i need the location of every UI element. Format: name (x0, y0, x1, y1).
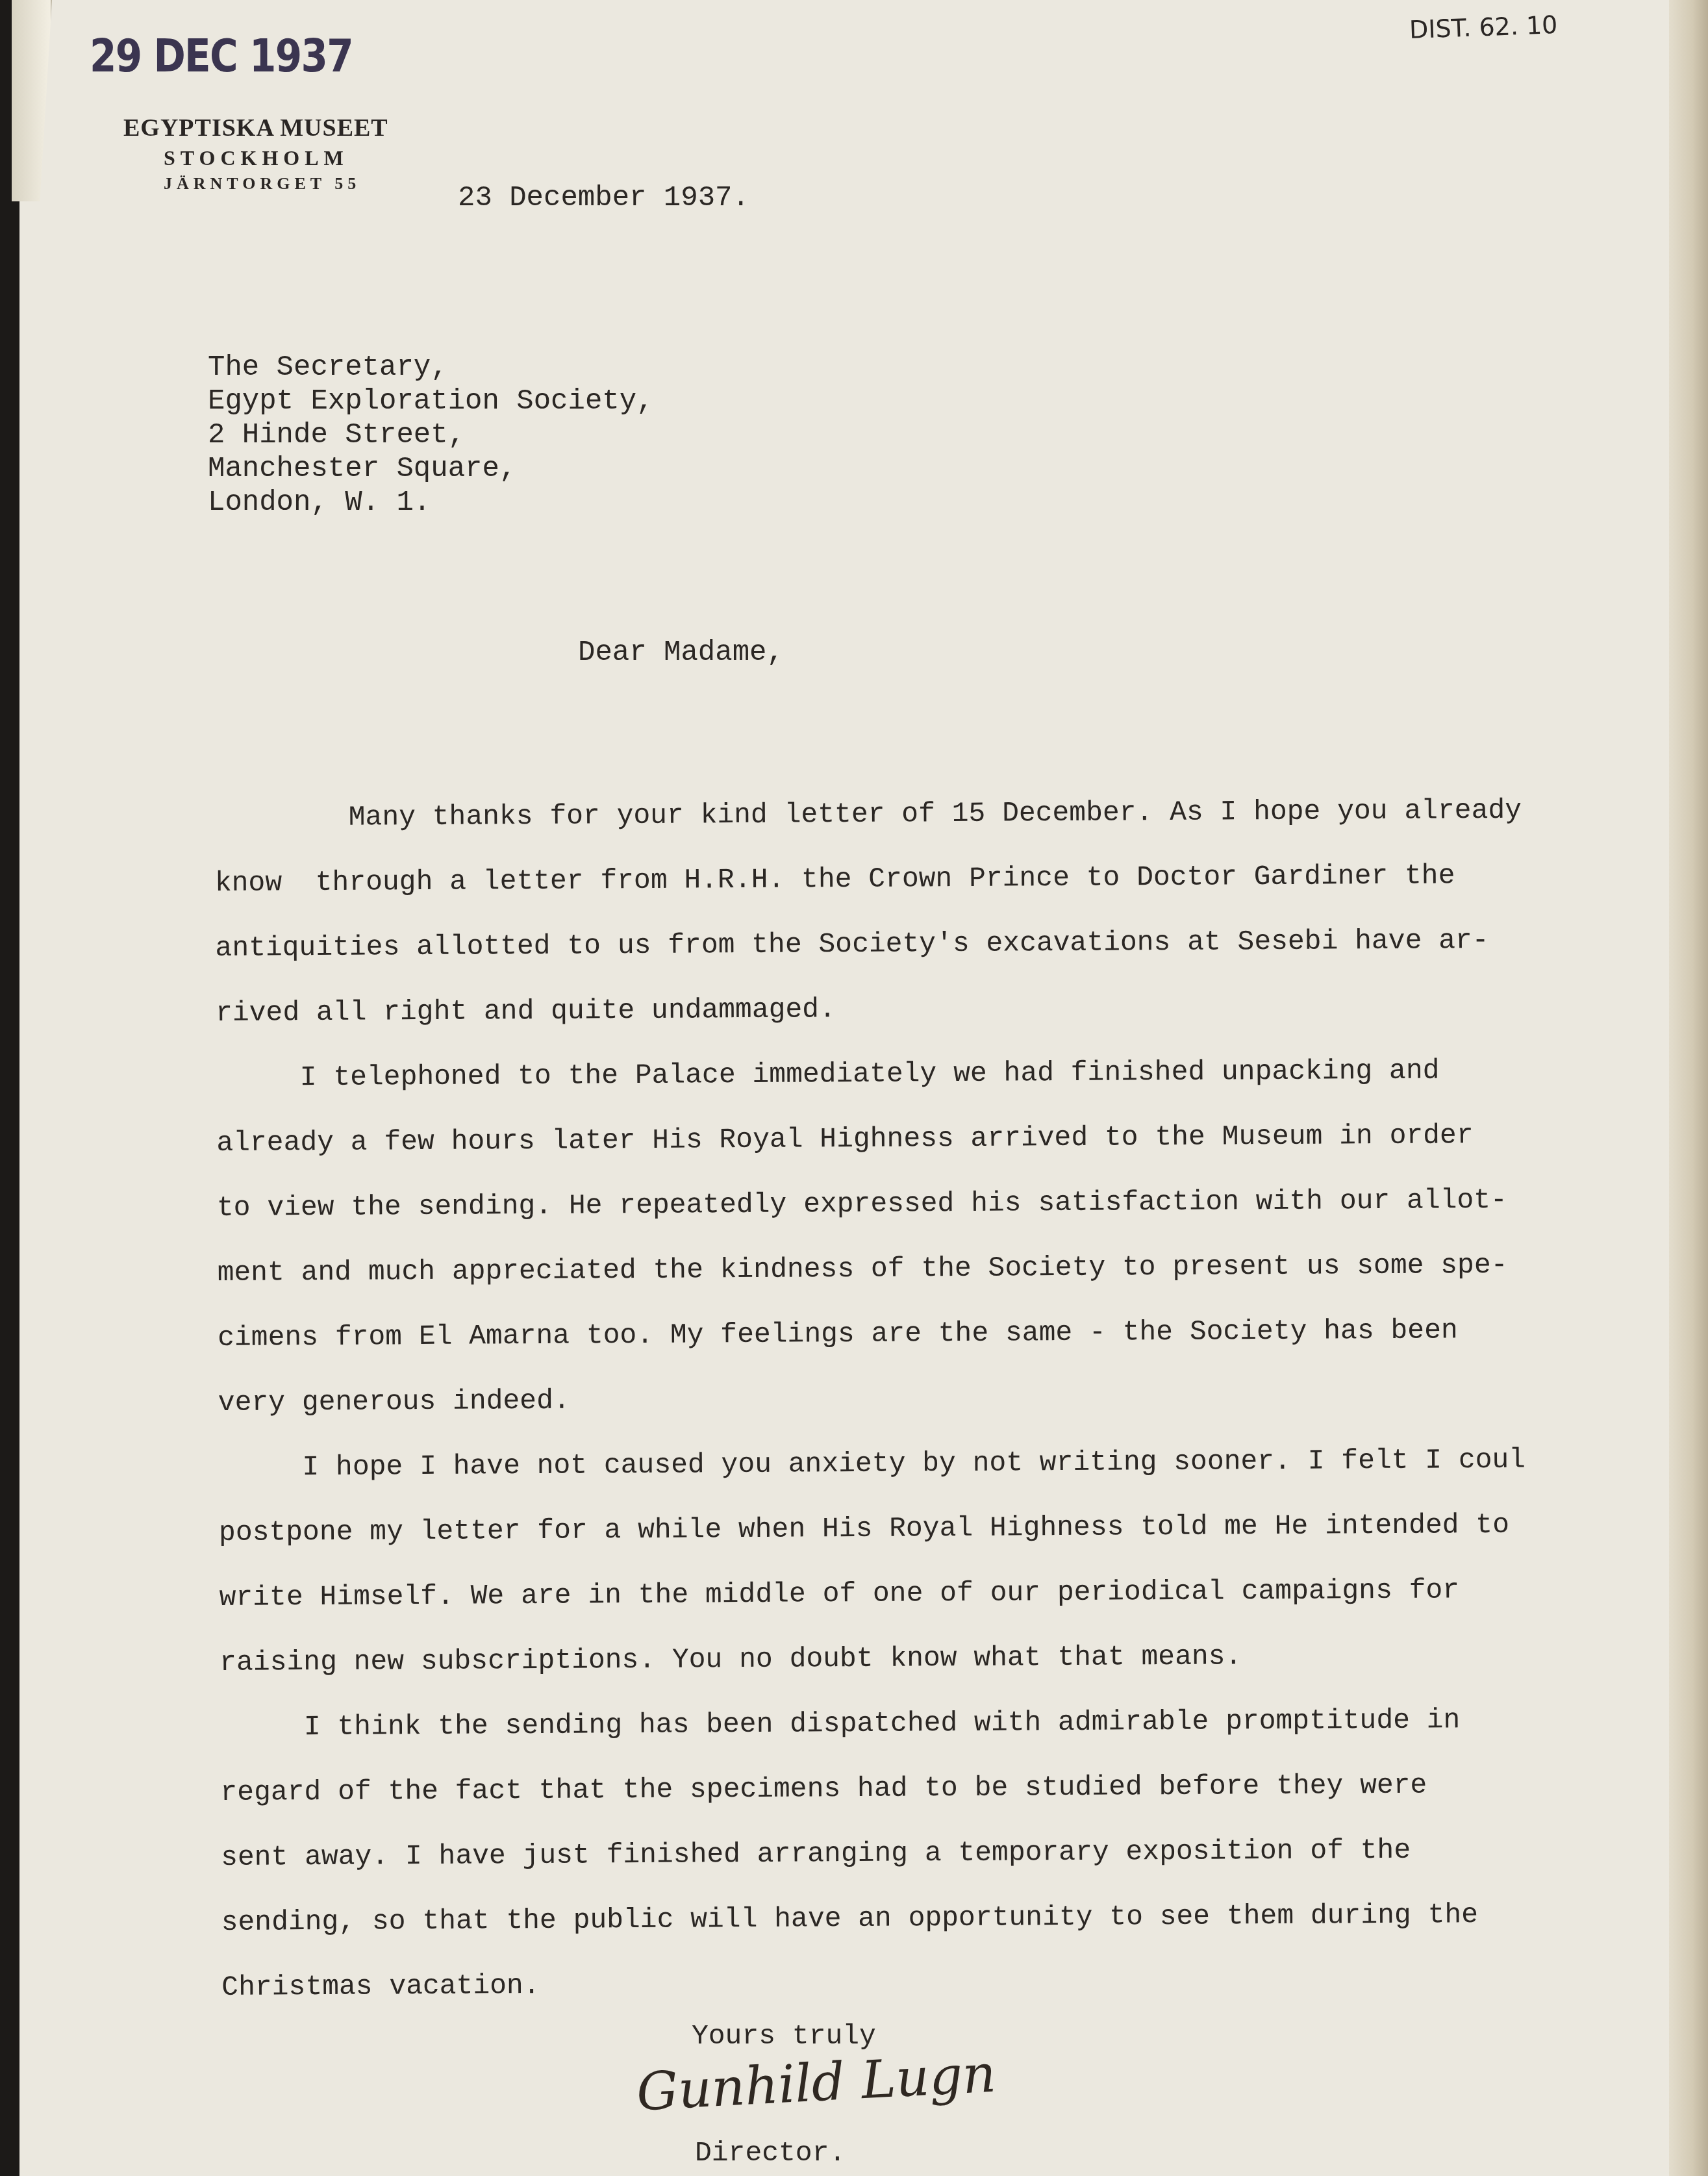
letter-date: 23 December 1937. (458, 182, 749, 214)
body-line: I telephoned to the Palace immediately w… (216, 1037, 1684, 1111)
body-line: to view the sending. He repeatedly expre… (217, 1167, 1685, 1241)
letter-body: Many thanks for your kind letter of 15 D… (214, 777, 1690, 2020)
letterhead-city: STOCKHOLM (164, 146, 388, 170)
recipient-address: The Secretary, Egypt Exploration Society… (208, 351, 654, 520)
scan-border-left (0, 0, 19, 2176)
letterhead-street: JÄRNTORGET 55 (164, 174, 388, 194)
body-line: know through a letter from H.R.H. the Cr… (215, 842, 1683, 916)
body-line: postpone my letter for a while when His … (219, 1491, 1687, 1565)
handwritten-signature: Gunhild Lugn (635, 2043, 998, 2123)
address-line: Manchester Square, (208, 452, 654, 486)
letterhead: EGYPTISKA MUSEET STOCKHOLM JÄRNTORGET 55 (123, 114, 388, 194)
body-line: Many thanks for your kind letter of 15 D… (214, 777, 1683, 851)
letterhead-name: EGYPTISKA MUSEET (123, 114, 388, 142)
body-line: sent away. I have just finished arrangin… (221, 1816, 1689, 1890)
body-line: rived all right and quite undammaged. (216, 972, 1684, 1046)
address-line: Egypt Exploration Society, (208, 385, 654, 418)
body-line: regard of the fact that the specimens ha… (220, 1751, 1689, 1825)
address-line: 2 Hinde Street, (208, 418, 654, 452)
scan-border-right (1669, 0, 1708, 2176)
salutation: Dear Madame, (578, 637, 784, 669)
archive-reference-note: DIST. 62. 10 (1409, 10, 1558, 44)
address-line: London, W. 1. (208, 486, 654, 520)
body-line: antiquities allotted to us from the Soci… (215, 907, 1683, 981)
body-line: already a few hours later His Royal High… (216, 1102, 1685, 1176)
body-line: Christmas vacation. (221, 1946, 1690, 2020)
body-line: very generous indeed. (218, 1361, 1686, 1436)
address-line: The Secretary, (208, 351, 654, 385)
body-line: I think the sending has been dispatched … (220, 1686, 1689, 1760)
body-line: raising new subscriptions. You no doubt … (220, 1621, 1688, 1695)
body-line: write Himself. We are in the middle of o… (219, 1556, 1687, 1630)
signer-title: Director. (695, 2137, 846, 2169)
letter-page: 29 DEC 1937 DIST. 62. 10 EGYPTISKA MUSEE… (19, 0, 1669, 2176)
body-line: ment and much appreciated the kindness o… (217, 1232, 1685, 1306)
body-line: cimens from El Amarna too. My feelings a… (218, 1297, 1686, 1371)
body-line: I hope I have not caused you anxiety by … (218, 1426, 1687, 1500)
body-line: sending, so that the public will have an… (221, 1881, 1689, 1955)
received-date-stamp: 29 DEC 1937 (90, 29, 353, 82)
closing: Yours truly (692, 2020, 876, 2052)
